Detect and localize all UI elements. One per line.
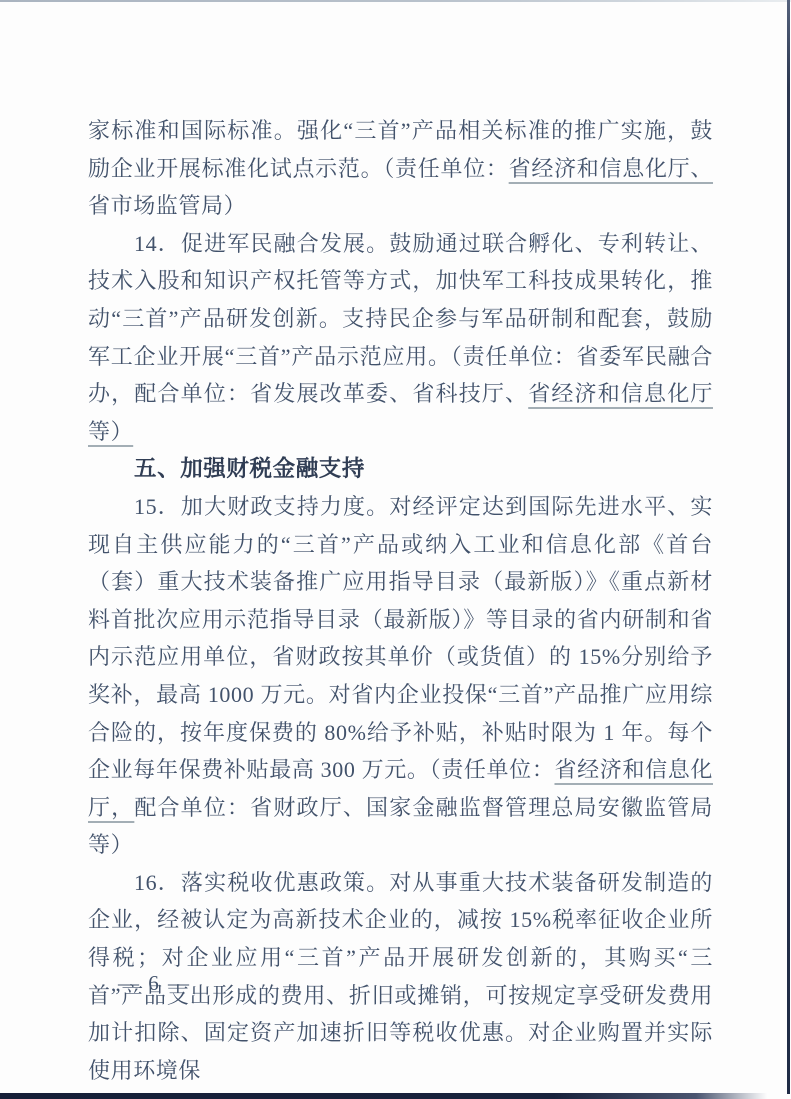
scanned-document-page: 家标准和国际标准。强化“三首”产品相关标准的推广实施，鼓励企业开展标准化试点示范… bbox=[0, 0, 791, 1099]
scan-edge-bottom bbox=[0, 1093, 791, 1099]
paragraph: 15．加大财政支持力度。对经评定达到国际先进水平、实现自主供应能力的“三首”产品… bbox=[88, 488, 713, 864]
scan-edge-right bbox=[787, 0, 790, 1094]
paragraph: 14．促进军民融合发展。鼓励通过联合孵化、专利转让、技术入股和知识产权托管等方式… bbox=[88, 225, 713, 451]
document-body: 家标准和国际标准。强化“三首”产品相关标准的推广实施，鼓励企业开展标准化试点示范… bbox=[88, 112, 713, 1089]
paragraph: 家标准和国际标准。强化“三首”产品相关标准的推广实施，鼓励企业开展标准化试点示范… bbox=[88, 112, 713, 225]
text-segment: 五、加强财税金融支持 bbox=[134, 456, 365, 481]
underlined-text: 省经济和信息化厅、 bbox=[509, 156, 713, 181]
text-segment: 15．加大财政支持力度。对经评定达到国际先进水平、实现自主供应能力的“三首”产品… bbox=[88, 494, 713, 782]
section-heading: 五、加强财税金融支持 bbox=[88, 450, 713, 488]
text-segment: 14．促进军民融合发展。鼓励通过联合孵化、专利转让、技术入股和知识产权托管等方式… bbox=[88, 231, 713, 406]
text-segment: 配合单位：省财政厅、国家金融监督管理总局安徽监管局等） bbox=[88, 795, 713, 858]
scan-edge-top bbox=[0, 0, 791, 2]
text-segment: 省市场监管局） bbox=[88, 193, 246, 218]
page-number: — 6 — bbox=[118, 971, 191, 996]
